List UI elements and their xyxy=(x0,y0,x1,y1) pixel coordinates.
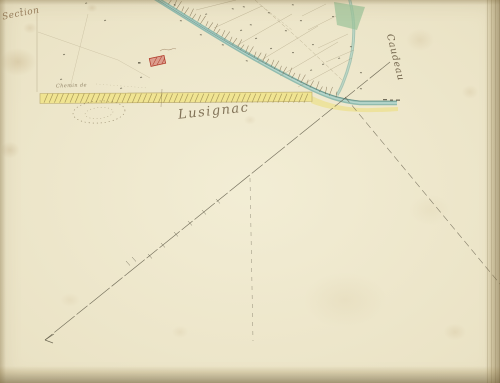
survey-tick-marks xyxy=(126,199,220,266)
survey-line-c xyxy=(250,178,253,341)
red-building xyxy=(149,55,165,66)
building-name-scribble xyxy=(160,49,176,52)
survey-line-b xyxy=(345,97,500,284)
parcel-boundaries xyxy=(37,0,354,92)
building-dot xyxy=(138,62,141,64)
map-sheet: Section Chemin de Lusignac Caudeau xyxy=(0,0,500,383)
green-meadow-patch xyxy=(334,2,365,30)
road-caption: Chemin de xyxy=(56,82,87,89)
parcel-number-specks xyxy=(20,2,362,89)
survey-lines xyxy=(45,62,500,343)
map-linework xyxy=(0,0,500,383)
road-group xyxy=(40,89,312,107)
river-mouth-marks xyxy=(383,99,400,101)
river-embankment-hatching xyxy=(168,0,337,97)
